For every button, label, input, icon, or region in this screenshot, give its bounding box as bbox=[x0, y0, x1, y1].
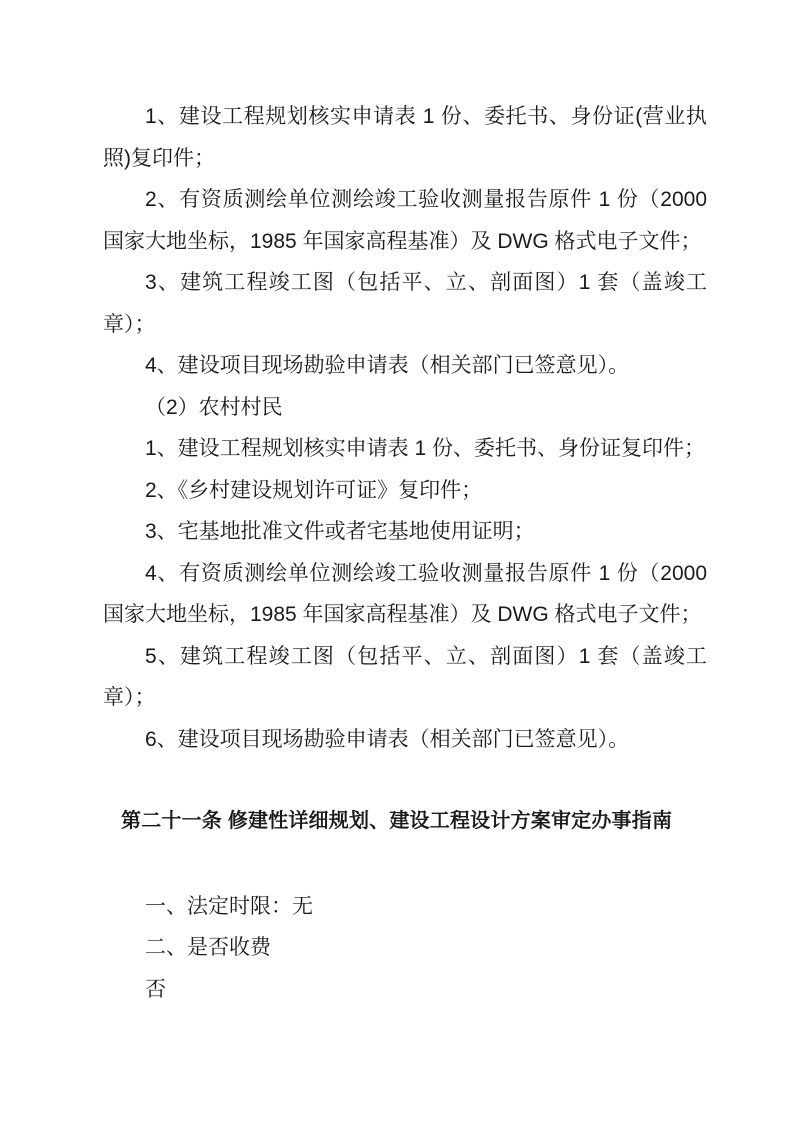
paragraph-fee-answer: 否 bbox=[103, 969, 707, 1011]
paragraph-village-item-3: 3、宅基地批准文件或者宅基地使用证明； bbox=[103, 511, 707, 553]
paragraph-village-item-1: 1、建设工程规划核实申请表 1 份、委托书、身份证复印件； bbox=[103, 428, 707, 470]
paragraph-unit-item-4: 4、建设项目现场勘验申请表（相关部门已签意见）。 bbox=[103, 345, 707, 387]
paragraph-village-item-2: 2、《乡村建设规划许可证》复印件； bbox=[103, 470, 707, 512]
paragraph-village-item-5: 5、建筑工程竣工图（包括平、立、剖面图）1 套（盖竣工章）； bbox=[103, 636, 707, 719]
section-heading-article-21: 第二十一条 修建性详细规划、建设工程设计方案审定办事指南 bbox=[103, 801, 707, 843]
paragraph-unit-item-2: 2、有资质测绘单位测绘竣工验收测量报告原件 1 份（2000 国家大地坐标，19… bbox=[103, 179, 707, 262]
paragraph-village-item-4: 4、有资质测绘单位测绘竣工验收测量报告原件 1 份（2000 国家大地坐标，19… bbox=[103, 553, 707, 636]
paragraph-unit-item-3: 3、建筑工程竣工图（包括平、立、剖面图）1 套（盖竣工章）； bbox=[103, 262, 707, 345]
document-page: 1、建设工程规划核实申请表 1 份、委托书、身份证(营业执照)复印件； 2、有资… bbox=[0, 0, 793, 1122]
paragraph-village-item-6: 6、建设项目现场勘验申请表（相关部门已签意见）。 bbox=[103, 719, 707, 761]
paragraph-fee-question: 二、是否收费 bbox=[103, 927, 707, 969]
paragraph-legal-time-limit: 一、法定时限：无 bbox=[103, 886, 707, 928]
paragraph-village-label: （2）农村村民 bbox=[103, 387, 707, 429]
paragraph-unit-item-1: 1、建设工程规划核实申请表 1 份、委托书、身份证(营业执照)复印件； bbox=[103, 96, 707, 179]
